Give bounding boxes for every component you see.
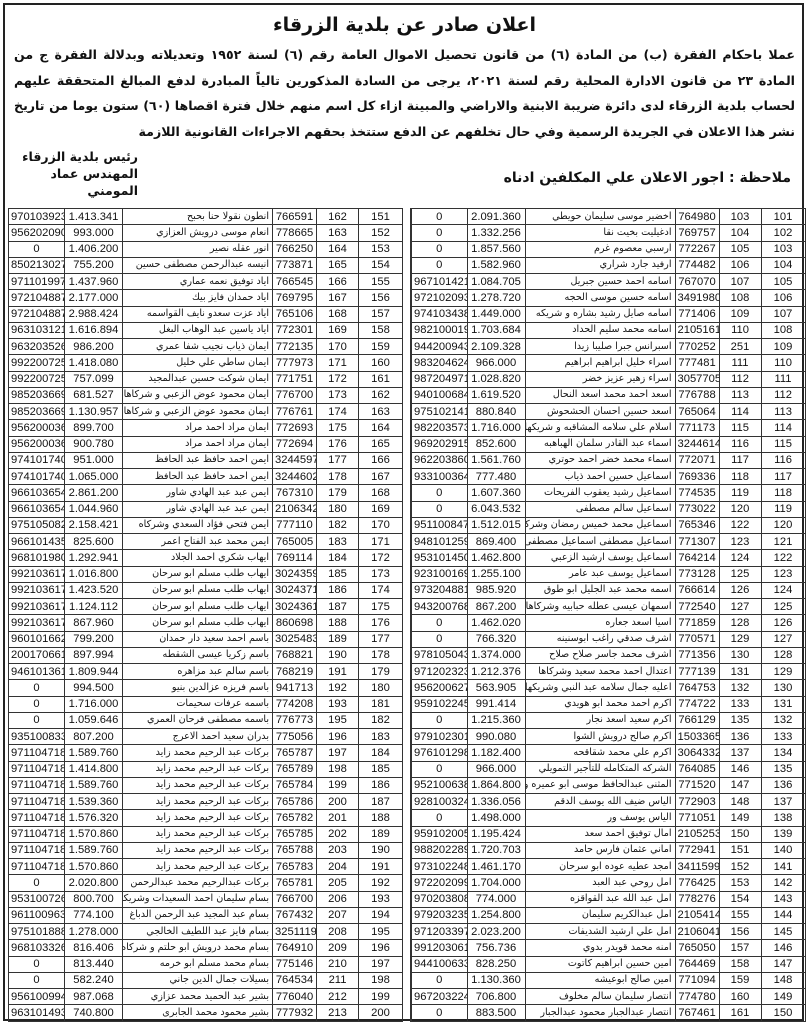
- index-cell: 185: [317, 566, 359, 582]
- table-row: 97120339732.023.200امل علي ارشيد الشديفا…: [411, 924, 805, 940]
- amount-cell: 1.539.360: [65, 794, 123, 810]
- sequence-cell: 154: [359, 257, 403, 273]
- file-number-cell: 771520: [675, 777, 719, 793]
- name-cell: اسراء زهير عزيز خضر: [525, 371, 675, 387]
- national-id-cell: 9521006383: [411, 777, 467, 793]
- amount-cell: 1.462.800: [467, 550, 525, 566]
- table-row: 06.043.532اسماعيل سالم مصطفى773022120119: [411, 501, 805, 517]
- national-id-cell: 0: [411, 1005, 467, 1021]
- national-id-cell: 9741034389: [411, 306, 467, 322]
- sequence-cell: 115: [761, 436, 805, 452]
- sequence-cell: 191: [359, 859, 403, 875]
- table-row: 9561009949987.068بشير عبد الحميد محمد عز…: [9, 989, 403, 1005]
- sequence-cell: 171: [359, 534, 403, 550]
- table-row: 0994.500باسم فريزه عزالدين بنيو941713192…: [9, 680, 403, 696]
- table-row: 01.716.000باسمه عرفات سحيمات774208193181: [9, 696, 403, 712]
- index-cell: 186: [317, 582, 359, 598]
- amount-cell: 867.200: [467, 599, 525, 615]
- national-id-cell: 9661036542: [9, 485, 65, 501]
- amount-cell: 1.570.860: [65, 859, 123, 875]
- sequence-cell: 164: [359, 420, 403, 436]
- national-id-cell: 0: [411, 241, 467, 257]
- national-id-cell: 0: [411, 225, 467, 241]
- national-id-cell: 9692029151: [411, 436, 467, 452]
- file-number-cell: 777110: [273, 517, 317, 533]
- amount-cell: 966.000: [467, 761, 525, 777]
- table-row: 97220209991.704.000امل روحي عبد العبد776…: [411, 875, 805, 891]
- sequence-cell: 118: [761, 485, 805, 501]
- national-id-cell: 0: [9, 956, 65, 972]
- name-cell: اسامه حسين موسى الحجه: [525, 290, 675, 306]
- sequence-cell: 106: [761, 290, 805, 306]
- amount-cell: 897.994: [65, 647, 123, 663]
- sequence-cell: 197: [359, 956, 403, 972]
- table-row: 01.332.256ادغيليت بخيت نقا769757104102: [411, 225, 805, 241]
- national-id-cell: 8502130277: [9, 257, 65, 273]
- name-cell: امنه محمد قويدر بدوي: [525, 940, 675, 956]
- name-cell: ايمن فتحي فؤاد السعدي وشركاه: [123, 517, 273, 533]
- national-id-cell: 9611009632: [9, 907, 65, 923]
- name-cell: بدران سعيد احمد الاعرج: [123, 729, 273, 745]
- national-id-cell: 9711047185: [9, 761, 65, 777]
- national-id-cell: 0: [411, 257, 467, 273]
- sequence-cell: 176: [359, 615, 403, 631]
- amount-cell: 825.600: [65, 534, 123, 550]
- table-row: 97210209341.278.720اسامه حسين موسى الحجه…: [411, 290, 805, 306]
- index-cell: 159: [719, 972, 761, 988]
- sequence-cell: 188: [359, 810, 403, 826]
- amount-cell: 1.028.820: [467, 371, 525, 387]
- sequence-cell: 144: [761, 907, 805, 923]
- table-row: 9922007251757.099ايمان شوكت حسين عبدالمج…: [9, 371, 403, 387]
- table-row: 9681033266816.406بسام محمد درويش ابو حلت…: [9, 940, 403, 956]
- national-id-cell: 9922007251: [9, 355, 65, 371]
- amount-cell: 1.449.000: [467, 306, 525, 322]
- table-row: 98220357381.716.000اسلام علي سلامه المشا…: [411, 420, 805, 436]
- sequence-cell: 167: [359, 469, 403, 485]
- name-cell: ايمان ذياب نجيب شفا عمري: [123, 339, 273, 355]
- national-id-cell: 9562020909: [9, 225, 65, 241]
- file-number-cell: 771173: [675, 420, 719, 436]
- amount-cell: 681.527: [65, 387, 123, 403]
- national-id-cell: 9681033266: [9, 940, 65, 956]
- amount-cell: 994.500: [65, 680, 123, 696]
- sequence-cell: 125: [761, 599, 805, 615]
- national-id-cell: 9921036176: [9, 582, 65, 598]
- sequence-cell: 186: [359, 777, 403, 793]
- sequence-cell: 137: [761, 794, 805, 810]
- national-id-cell: 9601016624: [9, 631, 65, 647]
- table-row: 97410174081.065.000ايمن احمد حافظ عبد ال…: [9, 469, 403, 485]
- name-cell: امل روحي عبد العبد: [525, 875, 675, 891]
- table-row: 98820228911.720.703اماني عثمان فارس حامد…: [411, 842, 805, 858]
- table-row: 97310224841.461.170امجد عطيه عوده ابو سر…: [411, 859, 805, 875]
- index-cell: 126: [719, 582, 761, 598]
- national-id-cell: 9672032243: [411, 989, 467, 1005]
- index-cell: 175: [317, 420, 359, 436]
- sequence-cell: 119: [761, 501, 805, 517]
- index-cell: 111: [719, 355, 761, 371]
- file-number-cell: 767461: [675, 1005, 719, 1021]
- index-cell: 129: [719, 631, 761, 647]
- sequence-cell: 130: [761, 680, 805, 696]
- name-cell: ايمن محمد عبد الفتاح اعمر: [123, 534, 273, 550]
- signature-block: رئيس بلدية الزرقاء المهندس عماد المومني: [18, 148, 138, 199]
- name-cell: ايمان مراد احمد مراد: [123, 420, 273, 436]
- index-cell: 164: [317, 241, 359, 257]
- sequence-cell: 103: [761, 241, 805, 257]
- name-cell: اسامه صايل رشيد بشاره و شريكه: [525, 306, 675, 322]
- index-cell: 108: [719, 290, 761, 306]
- sequence-cell: 173: [359, 566, 403, 582]
- table-row: 01.059.646باسمه مصطفى فرحان العمري776773…: [9, 712, 403, 728]
- national-id-cell: 9591020056: [411, 826, 467, 842]
- name-cell: بسام عبد المجيد عبد الرحمن الدباغ: [123, 907, 273, 923]
- table-row: 97110471851.589.760بركات عبد الرحيم محمد…: [9, 777, 403, 793]
- amount-cell: 1.016.800: [65, 566, 123, 582]
- file-number-cell: 771094: [675, 972, 719, 988]
- amount-cell: 1.498.000: [467, 810, 525, 826]
- name-cell: بسام سليمان احمد السعيدات وشريكه: [123, 891, 273, 907]
- table-row: 95110084771.512.015اسماعيل محمد خميس رمض…: [411, 517, 805, 533]
- table-row: 97010392361.413.341انطون نقولا حنا بحبح7…: [9, 209, 403, 225]
- national-id-cell: 9441006338: [411, 956, 467, 972]
- amount-cell: 816.406: [65, 940, 123, 956]
- index-cell: 128: [719, 615, 761, 631]
- sequence-cell: 189: [359, 826, 403, 842]
- amount-cell: 1.462.020: [467, 615, 525, 631]
- table-row: 9632035267986.200ايمان ذياب نجيب شفا عمر…: [9, 339, 403, 355]
- file-number-cell: 776040: [273, 989, 317, 1005]
- name-cell: امين صالح ابوعيشه: [525, 972, 675, 988]
- index-cell: 169: [317, 322, 359, 338]
- sequence-cell: 172: [359, 550, 403, 566]
- file-number-cell: 21060414: [675, 924, 719, 940]
- index-cell: 203: [317, 842, 359, 858]
- file-number-cell: 3024359: [273, 566, 317, 582]
- name-cell: اخضير موسى سليمان حويطي: [525, 209, 675, 225]
- national-id-cell: 9331003642: [411, 469, 467, 485]
- table-row: 97510188841.278.000بسام فايز عبد اللطيف …: [9, 924, 403, 940]
- name-cell: الياس ضيف الله يوسف الدقم: [525, 794, 675, 810]
- national-id-cell: 9731022484: [411, 859, 467, 875]
- file-number-cell: 771859: [675, 615, 719, 631]
- sequence-cell: 141: [761, 859, 805, 875]
- index-cell: 196: [317, 729, 359, 745]
- sequence-cell: 107: [761, 306, 805, 322]
- table-row: 97110471851.414.800بركات عبد الرحيم محمد…: [9, 761, 403, 777]
- table-row: 97210488792.988.424اياد عزت سعدو نايف ال…: [9, 306, 403, 322]
- index-cell: 152: [719, 859, 761, 875]
- amount-cell: 1.582.960: [467, 257, 525, 273]
- index-cell: 133: [719, 696, 761, 712]
- name-cell: امل عبد الله عبد القواقزه: [525, 891, 675, 907]
- sequence-cell: 145: [761, 924, 805, 940]
- file-number-cell: 764910: [273, 940, 317, 956]
- table-row: 9832046249966.000اسراء خليل ابراهيم ابرا…: [411, 355, 805, 371]
- file-number-cell: 3025483: [273, 631, 317, 647]
- file-number-cell: 3491980: [675, 290, 719, 306]
- national-id-cell: 9461013612: [9, 664, 65, 680]
- national-id-cell: 0: [9, 972, 65, 988]
- index-cell: 173: [317, 387, 359, 403]
- index-cell: 172: [317, 371, 359, 387]
- amount-cell: 867.960: [65, 615, 123, 631]
- index-cell: 183: [317, 534, 359, 550]
- index-cell: 156: [719, 924, 761, 940]
- national-id-cell: 9732048813: [411, 582, 467, 598]
- file-number-cell: 774482: [675, 257, 719, 273]
- sequence-cell: 160: [359, 355, 403, 371]
- sequence-cell: 143: [761, 891, 805, 907]
- name-cell: بسام محمد مسلم ابو خرمه: [123, 956, 273, 972]
- table-row: 9611009632774.100بسام عبد المجيد عبد الر…: [9, 907, 403, 923]
- amount-cell: 2.158.421: [65, 517, 123, 533]
- file-number-cell: 21052538: [675, 826, 719, 842]
- table-row: 01.857.560ارسبي معصوم غرم772267105103: [411, 241, 805, 257]
- amount-cell: 880.840: [467, 404, 525, 420]
- amount-cell: 1.065.000: [65, 469, 123, 485]
- name-cell: اسامه محمد سليم الحداد: [525, 322, 675, 338]
- table-row: 99220072511.418.080ايمان ساطي علي خليل77…: [9, 355, 403, 371]
- sequence-cell: 152: [359, 225, 403, 241]
- sequence-cell: 111: [761, 371, 805, 387]
- national-id-cell: 0: [9, 680, 65, 696]
- index-cell: 157: [719, 940, 761, 956]
- national-id-cell: 9921036176: [9, 566, 65, 582]
- table-row: 9912030618756.736امنه محمد قويدر بدوي765…: [411, 940, 805, 956]
- national-id-cell: 0: [411, 631, 467, 647]
- sequence-cell: 147: [761, 956, 805, 972]
- index-cell: 179: [317, 485, 359, 501]
- name-cell: اسماعيل مصطفى اسماعيل مصطفى: [525, 534, 675, 550]
- table-row: 98720497161.028.820اسراء زهير عزيز خضر30…: [411, 371, 805, 387]
- national-id-cell: 9821000193: [411, 322, 467, 338]
- file-number-cell: 778276: [675, 891, 719, 907]
- file-number-cell: 777481: [675, 355, 719, 371]
- national-id-cell: 0: [411, 761, 467, 777]
- table-row: 96610365422.861.200ايمن عبد عبد الهادي ش…: [9, 485, 403, 501]
- sequence-cell: 108: [761, 322, 805, 338]
- amount-cell: 1.561.760: [467, 452, 525, 468]
- index-cell: 193: [317, 696, 359, 712]
- sequence-cell: 193: [359, 891, 403, 907]
- index-cell: 171: [317, 355, 359, 371]
- sequence-cell: 150: [761, 1005, 805, 1021]
- index-cell: 213: [317, 1005, 359, 1021]
- index-cell: 209: [317, 940, 359, 956]
- file-number-cell: 772071: [675, 452, 719, 468]
- index-cell: 153: [719, 875, 761, 891]
- index-cell: 210: [317, 956, 359, 972]
- national-id-cell: 0: [411, 615, 467, 631]
- national-id-cell: 9722020999: [411, 875, 467, 891]
- file-number-cell: 764534: [273, 972, 317, 988]
- national-id-cell: 9882022891: [411, 842, 467, 858]
- table-row: 0883.500انتصار عبدالجبار محمود عبدالجبار…: [411, 1005, 805, 1021]
- file-number-cell: 776773: [273, 712, 317, 728]
- amount-cell: 966.000: [467, 355, 525, 371]
- name-cell: انطون نقولا حنا بحبح: [123, 209, 273, 225]
- table-row: 97110471851.589.760بركات عبد الرحيم محمد…: [9, 842, 403, 858]
- file-number-cell: 3411599: [675, 859, 719, 875]
- table-row: 9631014933740.800بشير محمود محمد الجابرى…: [9, 1005, 403, 1021]
- amount-cell: 1.616.894: [65, 322, 123, 338]
- file-number-cell: 772540: [675, 599, 719, 615]
- name-cell: ايمان شوكت حسين عبدالمجيد: [123, 371, 273, 387]
- table-row: 97920323521.254.800امل عبدالكريم سليمان2…: [411, 907, 805, 923]
- table-row: 9441006338828.250امين حسين ابراهيم كاتوت…: [411, 956, 805, 972]
- national-id-cell: 9531007268: [9, 891, 65, 907]
- index-cell: 201: [317, 810, 359, 826]
- index-cell: 170: [317, 339, 359, 355]
- index-cell: 208: [317, 924, 359, 940]
- index-cell: 130: [719, 647, 761, 663]
- sequence-cell: 109: [761, 339, 805, 355]
- amount-cell: 740.800: [65, 1005, 123, 1021]
- index-cell: 149: [719, 810, 761, 826]
- sequence-cell: 131: [761, 696, 805, 712]
- national-id-cell: 9631014933: [9, 1005, 65, 1021]
- amount-cell: 755.200: [65, 257, 123, 273]
- national-id-cell: 9912030618: [411, 940, 467, 956]
- sequence-cell: 175: [359, 599, 403, 615]
- file-number-cell: 765005: [273, 534, 317, 550]
- sequence-cell: 146: [761, 940, 805, 956]
- index-cell: 136: [719, 729, 761, 745]
- amount-cell: 1.254.800: [467, 907, 525, 923]
- national-id-cell: 0: [411, 209, 467, 225]
- amount-cell: 1.414.800: [65, 761, 123, 777]
- file-number-cell: 769795: [273, 290, 317, 306]
- name-cell: اعتدال احمد محمد سعيد وشركاها: [525, 664, 675, 680]
- national-id-cell: 9832046249: [411, 355, 467, 371]
- index-cell: 122: [719, 517, 761, 533]
- table-row: 99210361761.124.112ايهاب طلب مسلم ابو سر…: [9, 599, 403, 615]
- file-number-cell: 3244614: [675, 436, 719, 452]
- amount-cell: 1.195.424: [467, 826, 525, 842]
- index-cell: 165: [317, 257, 359, 273]
- sequence-cell: 194: [359, 907, 403, 923]
- national-id-cell: 9702038082: [411, 891, 467, 907]
- national-id-cell: 9511008477: [411, 517, 467, 533]
- index-cell: 105: [719, 241, 761, 257]
- name-cell: اسماعيل حسين احمد ذياب: [525, 469, 675, 485]
- file-number-cell: 777932: [273, 1005, 317, 1021]
- sequence-cell: 178: [359, 647, 403, 663]
- name-cell: اياد عزت سعدو نايف القواسمه: [123, 306, 273, 322]
- file-number-cell: 764085: [675, 761, 719, 777]
- table-row: 97810504311.374.000اشرف محمد جاسر صلاح ص…: [411, 647, 805, 663]
- file-number-cell: 768219: [273, 664, 317, 680]
- national-id-cell: 0: [411, 972, 467, 988]
- amount-cell: 1.437.960: [65, 274, 123, 290]
- table-row: 92810032451.336.056الياس ضيف الله يوسف ا…: [411, 794, 805, 810]
- file-number-cell: 768821: [273, 647, 317, 663]
- name-cell: اسماعيل يوسف ارشيد الزعبي: [525, 550, 675, 566]
- national-id-cell: 9562000364: [9, 420, 65, 436]
- file-number-cell: 860698: [273, 615, 317, 631]
- sequence-cell: 196: [359, 940, 403, 956]
- index-cell: 191: [317, 664, 359, 680]
- file-number-cell: 769336: [675, 469, 719, 485]
- name-cell: بركات عبد الرحيم محمد زايد: [123, 842, 273, 858]
- amount-cell: 799.200: [65, 631, 123, 647]
- index-cell: 161: [719, 1005, 761, 1021]
- index-cell: 199: [317, 777, 359, 793]
- name-cell: امل علي ارشيد الشديفات: [525, 924, 675, 940]
- national-id-cell: 9852036698: [9, 387, 65, 403]
- name-cell: امل عبدالكريم سليمان: [525, 907, 675, 923]
- sequence-cell: 184: [359, 745, 403, 761]
- amount-cell: 1.589.760: [65, 745, 123, 761]
- index-cell: 202: [317, 826, 359, 842]
- amount-cell: 774.100: [65, 907, 123, 923]
- file-number-cell: 774535: [675, 485, 719, 501]
- index-cell: 137: [719, 745, 761, 761]
- national-id-cell: 0: [411, 485, 467, 501]
- sequence-cell: 185: [359, 761, 403, 777]
- table-row: 01.582.960ارفيد جارد شراري774482106104: [411, 257, 805, 273]
- name-cell: اسبرانس جبرا صليبا زيدا: [525, 339, 675, 355]
- sequence-cell: 183: [359, 729, 403, 745]
- table-row: 99210361761.016.800ايهاب طلب مسلم ابو سر…: [9, 566, 403, 582]
- name-cell: اسراء خليل ابراهيم ابراهيم: [525, 355, 675, 371]
- amount-cell: 1.059.646: [65, 712, 123, 728]
- index-cell: 127: [719, 599, 761, 615]
- file-number-cell: 772694: [273, 436, 317, 452]
- index-cell: 182: [317, 517, 359, 533]
- national-id-cell: 9351008337: [9, 729, 65, 745]
- amount-cell: 1.589.760: [65, 777, 123, 793]
- index-cell: 150: [719, 826, 761, 842]
- amount-cell: 1.332.256: [467, 225, 525, 241]
- name-cell: بسام محمد درويش ابو حلتم و شركاه: [123, 940, 273, 956]
- sequence-cell: 139: [761, 826, 805, 842]
- national-id-cell: 9822035738: [411, 420, 467, 436]
- amount-cell: 1.130.957: [65, 404, 123, 420]
- table-row: 01.130.360امين صالح ابوعيشه771094159148: [411, 972, 805, 988]
- table-row: 9331003642777.480اسماعيل حسين احمد ذياب7…: [411, 469, 805, 485]
- name-cell: اياد توفيق نعمه عماري: [123, 274, 273, 290]
- index-cell: 120: [719, 501, 761, 517]
- file-number-cell: 772941: [675, 842, 719, 858]
- amount-cell: 1.406.200: [65, 241, 123, 257]
- name-cell: اياد ياسين عبد الوهاب البغل: [123, 322, 273, 338]
- file-number-cell: 776761: [273, 404, 317, 420]
- name-cell: باسمه عرفات سحيمات: [123, 696, 273, 712]
- file-number-cell: 771751: [273, 371, 317, 387]
- index-cell: 188: [317, 615, 359, 631]
- national-id-cell: 9562000364: [9, 436, 65, 452]
- name-cell: الياس يوسف ور: [525, 810, 675, 826]
- sequence-cell: 101: [761, 209, 805, 225]
- name-cell: باسم زكريا عيسى الشقطه: [123, 647, 273, 663]
- national-id-cell: 9751050823: [9, 517, 65, 533]
- file-number-cell: 764980: [675, 209, 719, 225]
- national-id-cell: 9442009438: [411, 339, 467, 355]
- national-id-cell: 9711047185: [9, 745, 65, 761]
- amount-cell: 1.704.000: [467, 875, 525, 891]
- sequence-cell: 135: [761, 761, 805, 777]
- table-row: 9562020909993.000انعام موسى درويش العزاز…: [9, 225, 403, 241]
- amount-cell: 899.700: [65, 420, 123, 436]
- sequence-cell: 129: [761, 664, 805, 680]
- table-row: 0966.000الشركه المتكامله للتأجير التمويل…: [411, 761, 805, 777]
- file-number-cell: 765106: [273, 306, 317, 322]
- sequence-cell: 105: [761, 274, 805, 290]
- file-number-cell: 764469: [675, 956, 719, 972]
